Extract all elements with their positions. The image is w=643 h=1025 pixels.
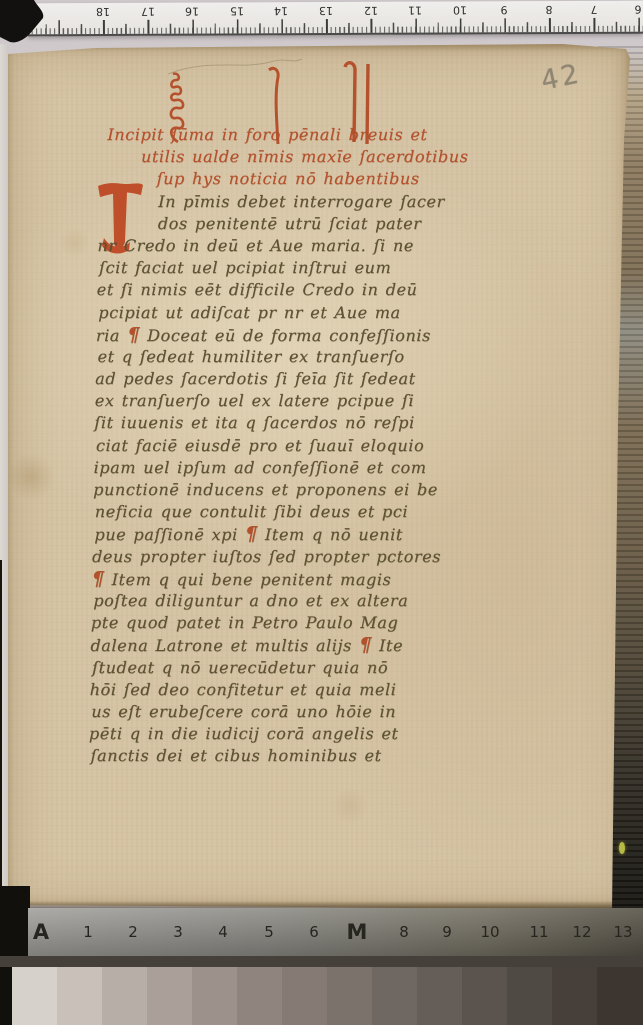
ruler-number: 11: [405, 4, 425, 17]
manuscript-line: ſtudeat q nō uerecūdetur quia nō: [90, 657, 490, 679]
bottom-ruler-label: 6: [309, 923, 319, 941]
wedge-step: [462, 967, 507, 1025]
ruler-number: 13: [316, 4, 336, 17]
wedge-step: [372, 967, 417, 1025]
manuscript-line: pue paſſionē xpi ¶ Item q nō uenit: [92, 523, 492, 545]
wedge-step: [507, 967, 552, 1025]
ruler-number: 14: [271, 4, 291, 17]
left-black-hairline: [0, 560, 2, 910]
wedge-step: [147, 967, 192, 1025]
manuscript-line: ¶ Item q qui bene penitent magis: [91, 568, 491, 590]
ruler-numbers: 1817161514131211109876: [28, 1, 643, 4]
manuscript-line: et ſi nimis eēt difficile Credo in deū: [97, 279, 497, 301]
grayscale-wedge: [0, 967, 643, 1025]
bottom-ruler-label: 9: [442, 923, 452, 941]
wedge-left-black: [0, 967, 12, 1025]
pilcrow-mark: ¶: [359, 633, 372, 656]
ruler-number: 8: [539, 3, 559, 16]
edge-glint: [619, 842, 625, 854]
bottom-ruler-label: 1: [83, 923, 93, 941]
manuscript-line: neficia que contulit ſibi deus et pci: [93, 501, 493, 523]
manuscript-line: In pīmis debet interrogare ſacer: [98, 191, 498, 213]
manuscript-line: us eſt erubeſcere corā uno hōie in: [89, 701, 489, 723]
manuscript-line: pēti q in die iudicij corā angelis et: [89, 723, 489, 745]
ruler-number: 16: [182, 5, 202, 18]
manuscript-line: ſit iuuenis et ita q ſacerdos nō reſpi: [94, 412, 494, 434]
manuscript-line: ciat faciē eiusdē pro et ſuauī eloquio: [94, 435, 494, 457]
text-block: Incipit ſūma in foro pēnali breuis etuti…: [88, 124, 499, 767]
bottom-ruler-label: 2: [128, 923, 138, 941]
hairline-flourish: [168, 59, 302, 74]
manuscript-line: dos penitentē utrū ſciat pater: [98, 213, 498, 235]
ruler-cm-ticks: [28, 18, 643, 35]
wedge-step: [57, 967, 102, 1025]
wedge-step: [597, 967, 642, 1025]
bottom-ruler-label: 5: [264, 923, 274, 941]
photo-canvas: 42 Incipit ſūma in foro pēnali breuis et…: [0, 0, 643, 1025]
clamp-shape: [0, 0, 43, 42]
ruler-number: 6: [628, 3, 643, 16]
wedge-step: [102, 967, 147, 1025]
bottom-ruler-label: A: [33, 920, 49, 944]
manuscript-line: ad pedes ſacerdotis ſi feīa ſit ſedeat: [95, 368, 495, 390]
manuscript-line: deus propter iuſtos ſed propter pctores: [92, 546, 492, 568]
bottom-ruler: A123456M8910111213: [28, 908, 643, 956]
rubric-line: Incipit ſūma in foro pēnali breuis et: [99, 124, 499, 146]
wedge-step: [192, 967, 237, 1025]
bottom-ruler-label: 12: [572, 923, 591, 941]
pilcrow-mark: ¶: [91, 567, 104, 590]
bottom-ruler-label: M: [347, 920, 368, 944]
camera-clamp: [0, 0, 56, 48]
top-ruler: 1817161514131211109876: [28, 1, 643, 37]
ruler-number: 12: [361, 4, 381, 17]
ruler-number: 17: [138, 5, 158, 18]
wedge-step: [552, 967, 597, 1025]
manuscript-line: pcipiat ut adiſcat pr nr et Aue ma: [96, 302, 496, 324]
manuscript-line: ſcit faciat uel pcipiat inſtrui eum: [97, 257, 497, 279]
bottom-ruler-label: 13: [613, 923, 632, 941]
ruler-number: 9: [494, 3, 514, 16]
manuscript-line: ipam uel ipſum ad confeſſionē et com: [93, 457, 493, 479]
manuscript-line: pte quod patet in Petro Paulo Mag: [91, 612, 491, 634]
bottom-ruler-label: 8: [399, 923, 409, 941]
manuscript-line: ex tranſuerſo uel ex latere pcipue ſi: [95, 390, 495, 412]
manuscript-line: punctionē inducens et proponens ei be: [93, 479, 493, 501]
ruler-number: 15: [227, 4, 247, 17]
pilcrow-mark: ¶: [127, 323, 140, 346]
manuscript-line: ſanctis dei et cibus hominibus et: [88, 745, 488, 767]
manuscript-line: hōi ſed deo confitetur et quia meli: [90, 679, 490, 701]
wedge-step: [12, 967, 57, 1025]
wedge-step: [327, 967, 372, 1025]
manuscript-line: ria ¶ Doceat eū de forma confeſſionis: [96, 324, 496, 346]
bottom-ruler-label: 3: [173, 923, 183, 941]
ruler-number: 18: [93, 5, 113, 18]
manuscript-line: et q ſedeat humiliter ex tranſuerſo: [95, 346, 495, 368]
wedge-step: [237, 967, 282, 1025]
wedge-step: [417, 967, 462, 1025]
ruler-number: 10: [450, 3, 470, 16]
pilcrow-mark: ¶: [245, 522, 258, 545]
bottom-ruler-label: 4: [218, 923, 228, 941]
manuscript-line: poſtea diliguntur a dno et ex altera: [91, 590, 491, 612]
manuscript-line: dalena Latrone et multis alijs ¶ Ite: [90, 634, 490, 656]
wedge-step: [282, 967, 327, 1025]
bottom-ruler-label: 11: [529, 923, 548, 941]
rubric-line: ſup hys noticia nō habentibus: [98, 168, 498, 190]
ruler-number: 7: [584, 3, 604, 16]
bottom-ruler-label: 10: [480, 923, 499, 941]
rubric-line: utilis ualde nīmis maxīe ſacerdotibus: [99, 146, 499, 168]
bottom-ruler-shadow-band: [0, 956, 643, 967]
manuscript-line: nr Credo in deū et Aue maria. ſi ne: [97, 235, 497, 257]
